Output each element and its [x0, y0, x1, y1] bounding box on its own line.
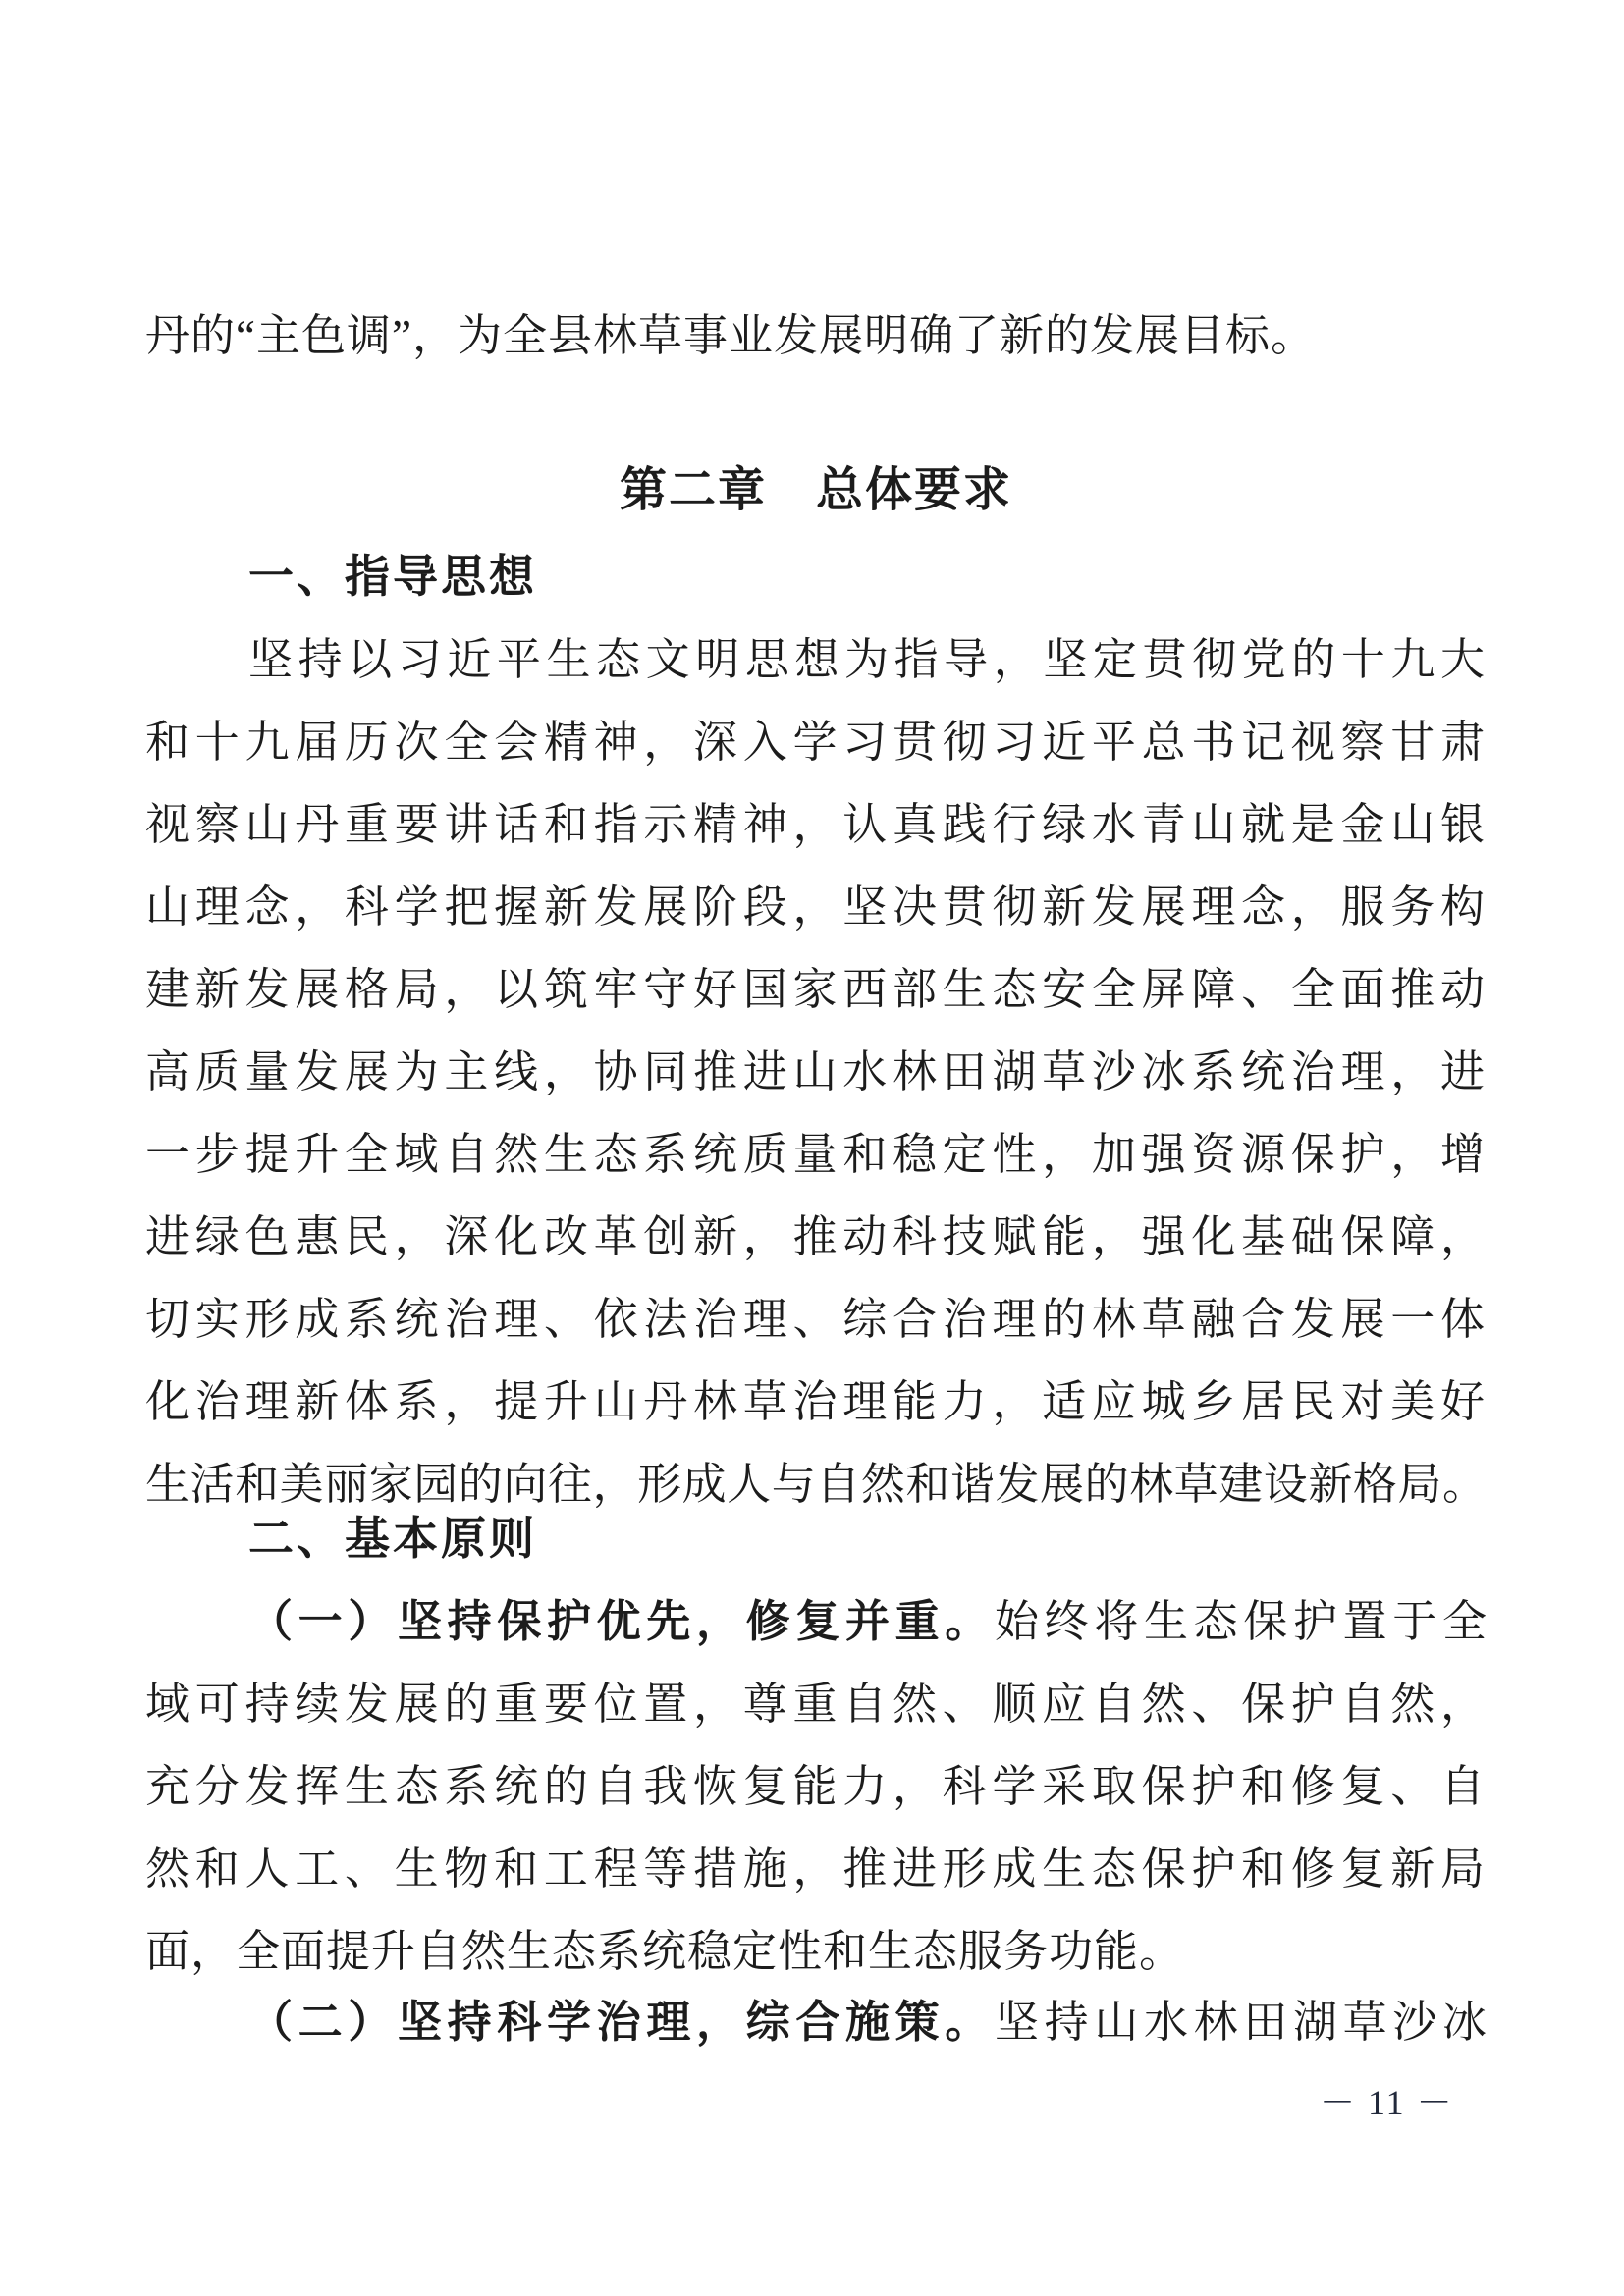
chapter-heading-text: 第二章 总体要求	[145, 450, 1487, 532]
item1-first-line-rest: 始终将生态保护置于全	[995, 1597, 1487, 1646]
section1-heading: 一、指导思想	[145, 535, 1487, 617]
chapter-heading: 第二章 总体要求	[145, 450, 1487, 532]
item2-first-line-rest: 坚持山水林田湖草沙冰	[995, 1998, 1487, 2047]
text-line: 充分发挥生态系统的自我恢复能力，科学采取保护和修复、自	[145, 1745, 1487, 1828]
section1-heading-text: 一、指导思想	[145, 535, 1487, 617]
text-line: 和十九届历次全会精神，深入学习贯彻习近平总书记视察甘肃	[145, 701, 1487, 783]
text-line: 高质量发展为主线，协同推进山水林田湖草沙冰系统治理，进	[145, 1031, 1487, 1113]
text-line: 进绿色惠民，深化改革创新，推动科技赋能，强化基础保障，	[145, 1196, 1487, 1278]
text-line: 化治理新体系，提升山丹林草治理能力，适应城乡居民对美好	[145, 1361, 1487, 1443]
text-line: （二）坚持科学治理，综合施策。坚持山水林田湖草沙冰	[145, 1981, 1487, 2063]
text-line: 视察山丹重要讲话和指示精神，认真践行绿水青山就是金山银	[145, 783, 1487, 866]
section2-item1: （一）坚持保护优先，修复并重。始终将生态保护置于全 域可持续发展的重要位置，尊重…	[145, 1580, 1487, 1993]
text-line: 然和人工、生物和工程等措施，推进形成生态保护和修复新局	[145, 1828, 1487, 1910]
item2-lead-text: （二）坚持科学治理，综合施策。	[248, 1998, 995, 2047]
opening-paragraph: 丹的“主色调”，为全县林草事业发展明确了新的发展目标。	[145, 294, 1487, 377]
text-line: 山理念，科学把握新发展阶段，坚决贯彻新发展理念，服务构	[145, 866, 1487, 948]
document-page: 丹的“主色调”，为全县林草事业发展明确了新的发展目标。 第二章 总体要求 一、指…	[0, 0, 1624, 2296]
text-line: （一）坚持保护优先，修复并重。始终将生态保护置于全	[145, 1580, 1487, 1663]
item1-lead-text: （一）坚持保护优先，修复并重。	[248, 1597, 995, 1646]
section2-heading-text: 二、基本原则	[145, 1497, 1487, 1579]
page-number: － 11 －	[1320, 2079, 1454, 2126]
text-line: 域可持续发展的重要位置，尊重自然、顺应自然、保护自然，	[145, 1663, 1487, 1745]
section2-heading: 二、基本原则	[145, 1497, 1487, 1579]
text-line: 切实形成系统治理、依法治理、综合治理的林草融合发展一体	[145, 1278, 1487, 1361]
section2-item2: （二）坚持科学治理，综合施策。坚持山水林田湖草沙冰	[145, 1981, 1487, 2063]
section1-paragraph: 坚持以习近平生态文明思想为指导，坚定贯彻党的十九大 和十九届历次全会精神，深入学…	[145, 618, 1487, 1525]
text-line: 一步提升全域自然生态系统质量和稳定性，加强资源保护，增	[145, 1113, 1487, 1196]
text-line: 坚持以习近平生态文明思想为指导，坚定贯彻党的十九大	[145, 618, 1487, 701]
text-line: 建新发展格局，以筑牢守好国家西部生态安全屏障、全面推动	[145, 948, 1487, 1031]
text-line: 丹的“主色调”，为全县林草事业发展明确了新的发展目标。	[145, 294, 1487, 377]
